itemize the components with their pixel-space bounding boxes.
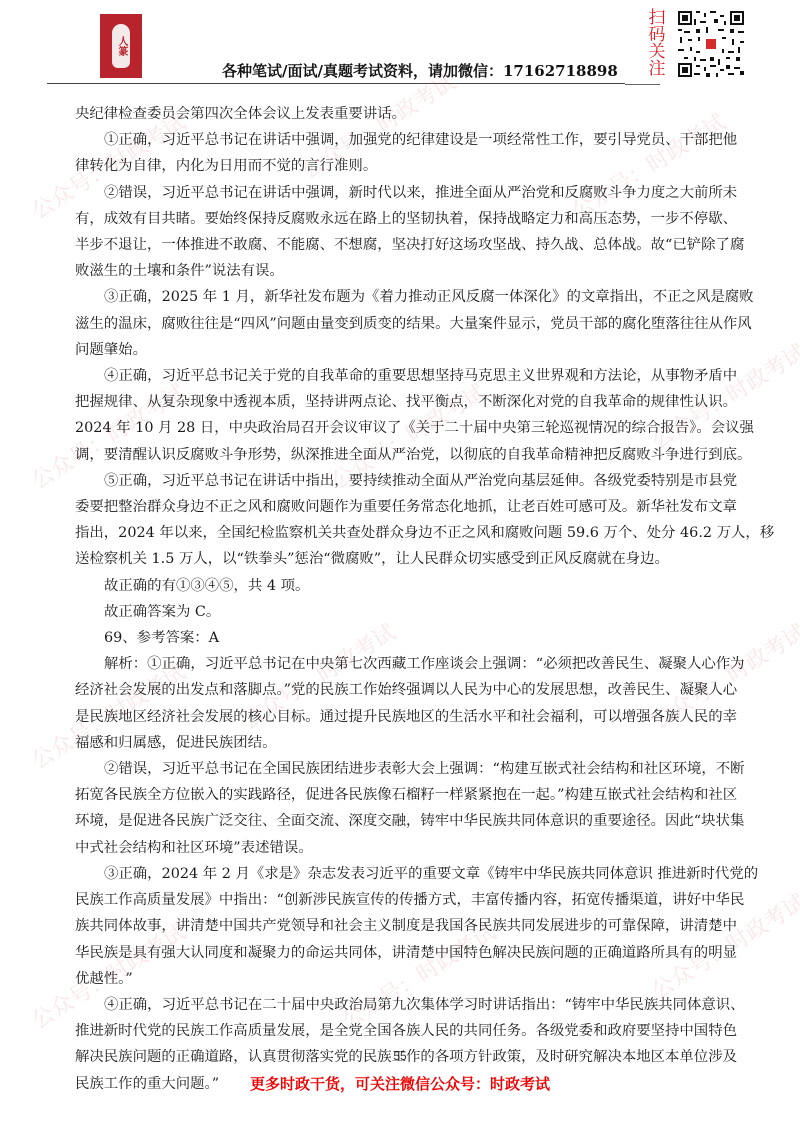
body-line: ③正确，2025 年 1 月，新华社发布题为《着力推动正风反腐一体深化》的文章指… (75, 284, 730, 310)
brand-logo: 人篆 (100, 14, 142, 78)
body-line: ②错误，习近平总书记在全国民族团结进步表彰大会上强调：“构建互嵌式社会结构和社区… (75, 756, 730, 782)
qr-code-icon (678, 11, 744, 77)
body-line: 福感和归属感，促进民族团结。 (75, 730, 730, 756)
body-line: 2024 年 10 月 28 日，中央政治局召开会议审议了《关于二十届中央第三轮… (75, 415, 730, 441)
logo-label: 人篆 (115, 36, 127, 56)
body-line: 中式社会结构和社区环境”表述错误。 (75, 835, 730, 861)
body-line: 调，要清醒认识反腐败斗争形势，纵深推进全面从严治党，以彻底的自我革命精神把反腐败… (75, 442, 730, 468)
body-line: 是民族地区经济社会发展的核心目标。通过提升民族地区的生活水平和社会福利，可以增强… (75, 704, 730, 730)
body-line: 半步不退让，一体推进不敢腐、不能腐、不想腐，坚决打好这场攻坚战、持久战、总体战。… (75, 232, 730, 258)
body-line: 指出，2024 年以来，全国纪检监察机关共查处群众身边不正之风和腐败问题 59.… (75, 520, 730, 546)
body-line: 环境，是促进各民族广泛交往、全面交流、深度交融，铸牢中华民族共同体意识的重要途径… (75, 808, 730, 834)
header-divider (47, 83, 625, 84)
body-line: 央纪律检查委员会第四次全体会议上发表重要讲话。 (75, 101, 730, 127)
body-line: ③正确，2024 年 2 月《求是》杂志发表习近平的重要文章《铸牢中华民族共同体… (75, 861, 730, 887)
body-line: ②错误，习近平总书记在讲话中强调，新时代以来，推进全面从严治党和反腐败斗争力度之… (75, 180, 730, 206)
body-line: 有，成效有目共睹。要始终保持反腐败永远在路上的坚韧执着，保持战略定力和高压态势，… (75, 206, 730, 232)
question-answer-heading: 69、参考答案：A (75, 625, 730, 651)
page-number: 55 (0, 1049, 800, 1063)
body-line: 华民族是具有强大认同度和凝聚力的命运共同体，讲清楚中国特色解决民族问题的正确道路… (75, 940, 730, 966)
body-line: 族共同体故事，讲清楚中国共产党领导和社会主义制度是我国各民族共同发展进步的可靠保… (75, 913, 730, 939)
body-line: 委要把整治群众身边不正之风和腐败问题作为重要任务常态化地抓，让老百姓可感可及。新… (75, 494, 730, 520)
body-line: 把握规律、从复杂现象中透视本质，坚持讲两点论、找平衡点，不断深化对党的自我革命的… (75, 389, 730, 415)
body-line: 败滋生的土壤和条件”说法有误。 (75, 258, 730, 284)
body-line: ①正确，习近平总书记在讲话中强调，加强党的纪律建设是一项经常性工作，要引导党员、… (75, 127, 730, 153)
body-line: ④正确，习近平总书记在二十届中央政治局第九次集体学习时讲话指出：“铸牢中华民族共… (75, 992, 730, 1018)
body-line: 解析：①正确，习近平总书记在中央第七次西藏工作座谈会上强调：“必须把改善民生、凝… (75, 651, 730, 677)
document-page: 公众号：时政考试 公众号：时政考试 公众号：时政考试 公众号：时政考试 公众号：… (0, 0, 800, 1132)
scan-prompt-char: 注 (647, 61, 667, 78)
body-line: 拓宽各民族全方位嵌入的实践路径，促进各民族像石榴籽一样紧紧抱在一起。”构建互嵌式… (75, 782, 730, 808)
logo-seal-icon: 人篆 (112, 24, 130, 68)
body-line: 民族工作高质量发展》中指出：“创新涉民族宣传的传播方式，丰富传播内容，拓宽传播渠… (75, 887, 730, 913)
body-line: 滋生的温床，腐败往往是“四风”问题由量变到质变的结果。大量案件显示，党员干部的腐… (75, 311, 730, 337)
footer-promo: 更多时政干货，可关注微信公众号：时政考试 (0, 1073, 800, 1094)
body-line: 优越性。” (75, 966, 730, 992)
body-line: 推进新时代党的民族工作高质量发展，是全党全国各族人民的共同任务。各级党委和政府要… (75, 1018, 730, 1044)
body-line: 经济社会发展的出发点和落脚点。”党的民族工作始终强调以人民为中心的发展思想，改善… (75, 677, 730, 703)
body-line: ⑤正确，习近平总书记在讲话中指出，要持续推动全面从严治党向基层延伸。各级党委特别… (75, 468, 730, 494)
header-divider-tail (625, 84, 660, 85)
body-line: 律转化为自律，内化为日用而不觉的言行准则。 (75, 153, 730, 179)
document-body: 央纪律检查委员会第四次全体会议上发表重要讲话。 ①正确，习近平总书记在讲话中强调… (75, 101, 730, 1097)
body-line: 送检察机关 1.5 万人，以“铁拳头”惩治“微腐败”，让人民群众切实感受到正风反… (75, 546, 730, 572)
header-title: 各种笔试/面试/真题考试资料，请加微信：17162718898 (222, 60, 618, 81)
body-line: ④正确，习近平总书记关于党的自我革命的重要思想坚持马克思主义世界观和方法论，从事… (75, 363, 730, 389)
body-line: 问题肇始。 (75, 337, 730, 363)
answer-line: 故正确答案为 C。 (75, 599, 730, 625)
conclusion-line: 故正确的有①③④⑤，共 4 项。 (75, 573, 730, 599)
scan-prompt: 扫 码 关 注 (647, 10, 667, 78)
